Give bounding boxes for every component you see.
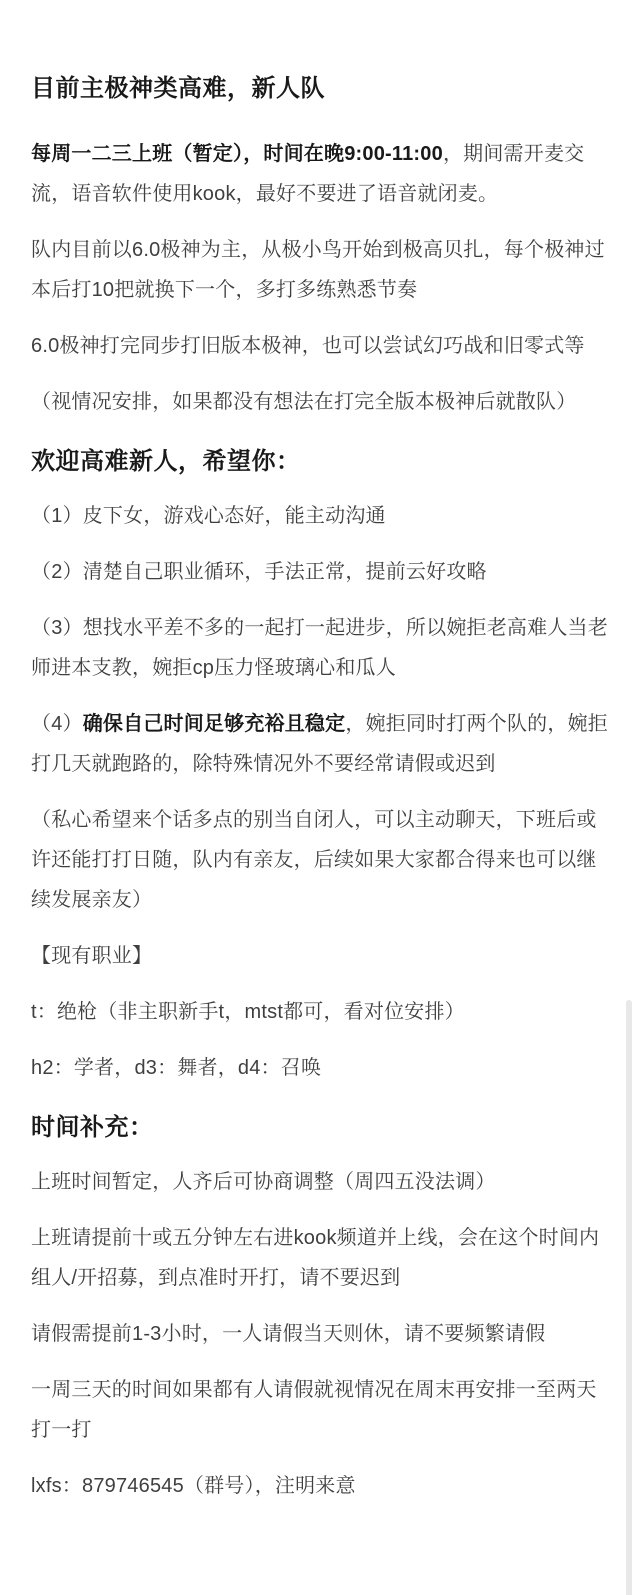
requirement-item-4-bold: 确保自己时间足够充裕且稳定: [83, 713, 346, 735]
jobs-tank-line: t：绝枪（非主职新手t，mtst都可，看对位安排）: [31, 992, 609, 1032]
current-content-paragraph: 队内目前以6.0极神为主，从极小鸟开始到极高贝扎，每个极神过本后打10把就换下一…: [31, 230, 609, 310]
post-title: 目前主极神类高难，新人队: [31, 72, 609, 106]
post-content: 目前主极神类高难，新人队 每周一二三上班（暂定），时间在晚9:00-11:00，…: [0, 0, 640, 1506]
old-content-paragraph: 6.0极神打完同步打旧版本极神，也可以尝试幻巧战和旧零式等: [31, 326, 609, 366]
requirement-item-1: （1）皮下女，游戏心态好，能主动沟通: [31, 496, 609, 536]
contact-line: lxfs：879746545（群号），注明来意: [31, 1466, 609, 1506]
social-note-paragraph: （私心希望来个话多点的别当自闭人，可以主动聊天，下班后或许还能打打日随，队内有亲…: [31, 800, 609, 920]
time-note-1: 上班时间暂定，人齐后可协商调整（周四五没法调）: [31, 1162, 609, 1202]
jobs-others-line: h2：学者，d3：舞者，d4：召唤: [31, 1048, 609, 1088]
post-page: 目前主极神类高难，新人队 每周一二三上班（暂定），时间在晚9:00-11:00，…: [0, 0, 640, 1595]
time-note-3: 请假需提前1-3小时，一人请假当天则休，请不要频繁请假: [31, 1314, 609, 1354]
time-note-2: 上班请提前十或五分钟左右进kook频道并上线，会在这个时间内组人/开招募，到点准…: [31, 1218, 609, 1298]
requirement-item-4: （4）确保自己时间足够充裕且稳定，婉拒同时打两个队的，婉拒打几天就跑路的，除特殊…: [31, 704, 609, 784]
welcome-heading: 欢迎高难新人，希望你：: [31, 444, 609, 480]
scrollbar-thumb[interactable]: [626, 1000, 632, 1595]
requirement-item-2: （2）清楚自己职业循环，手法正常，提前云好攻略: [31, 552, 609, 592]
time-heading: 时间补充：: [31, 1110, 609, 1146]
requirement-item-4-prefix: （4）: [31, 713, 83, 735]
disband-note-paragraph: （视情况安排，如果都没有想法在打完全版本极神后就散队）: [31, 382, 609, 422]
schedule-paragraph: 每周一二三上班（暂定），时间在晚9:00-11:00，期间需开麦交流，语音软件使…: [31, 134, 609, 214]
time-note-4: 一周三天的时间如果都有人请假就视情况在周末再安排一至两天打一打: [31, 1370, 609, 1450]
requirement-item-3: （3）想找水平差不多的一起打一起进步，所以婉拒老高难人当老师进本支教，婉拒cp压…: [31, 608, 609, 688]
jobs-heading: 【现有职业】: [31, 936, 609, 976]
schedule-bold-text: 每周一二三上班（暂定），时间在晚9:00-11:00: [31, 143, 443, 165]
